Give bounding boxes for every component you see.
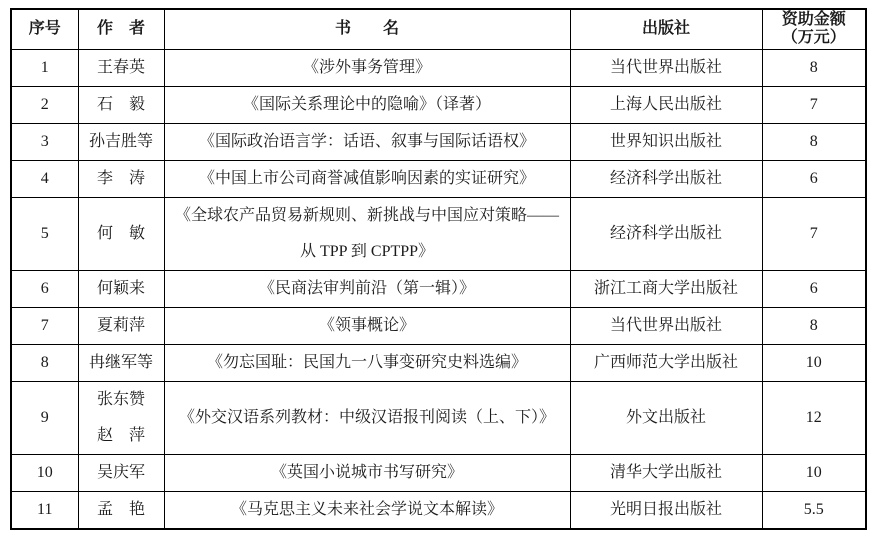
document-page: 序号 作 者 书 名 出版社 资助金额 （万元） 1 王春英 《涉外事务管理》 … [0, 0, 873, 542]
cell-no: 1 [11, 49, 78, 86]
cell-title: 《民商法审判前沿（第一辑）》 [164, 270, 570, 307]
cell-author: 何颖来 [78, 270, 164, 307]
cell-amount: 12 [762, 381, 866, 454]
cell-no: 10 [11, 454, 78, 491]
cell-title: 《中国上市公司商誉减值影响因素的实证研究》 [164, 160, 570, 197]
cell-no: 11 [11, 491, 78, 529]
table-row: 6 何颖来 《民商法审判前沿（第一辑）》 浙江工商大学出版社 6 [11, 270, 866, 307]
cell-title: 《国际关系理论中的隐喻》（译著） [164, 86, 570, 123]
table-row: 5 何 敏 《全球农产品贸易新规则、新挑战与中国应对策略—— 从 TPP 到 C… [11, 197, 866, 270]
cell-author: 王春英 [78, 49, 164, 86]
cell-title: 《马克思主义未来社会学说文本解读》 [164, 491, 570, 529]
cell-no: 3 [11, 123, 78, 160]
cell-author: 孟 艳 [78, 491, 164, 529]
header-no: 序号 [11, 9, 78, 49]
cell-amount: 8 [762, 123, 866, 160]
cell-title: 《领事概论》 [164, 307, 570, 344]
table-row: 8 冉继军等 《勿忘国耻：民国九一八事变研究史料选编》 广西师范大学出版社 10 [11, 344, 866, 381]
cell-title: 《国际政治语言学：话语、叙事与国际话语权》 [164, 123, 570, 160]
cell-amount: 6 [762, 160, 866, 197]
cell-amount: 7 [762, 197, 866, 270]
table-row: 4 李 涛 《中国上市公司商誉减值影响因素的实证研究》 经济科学出版社 6 [11, 160, 866, 197]
cell-publisher: 上海人民出版社 [570, 86, 762, 123]
cell-author: 石 毅 [78, 86, 164, 123]
funding-table-body: 1 王春英 《涉外事务管理》 当代世界出版社 8 2 石 毅 《国际关系理论中的… [11, 49, 866, 529]
cell-amount: 5.5 [762, 491, 866, 529]
cell-title: 《涉外事务管理》 [164, 49, 570, 86]
cell-publisher: 经济科学出版社 [570, 197, 762, 270]
cell-publisher: 当代世界出版社 [570, 49, 762, 86]
cell-title: 《勿忘国耻：民国九一八事变研究史料选编》 [164, 344, 570, 381]
table-row: 10 吴庆军 《英国小说城市书写研究》 清华大学出版社 10 [11, 454, 866, 491]
cell-no: 2 [11, 86, 78, 123]
table-row: 3 孙吉胜等 《国际政治语言学：话语、叙事与国际话语权》 世界知识出版社 8 [11, 123, 866, 160]
cell-amount: 8 [762, 307, 866, 344]
cell-author: 李 涛 [78, 160, 164, 197]
cell-author: 冉继军等 [78, 344, 164, 381]
cell-title: 《外交汉语系列教材：中级汉语报刊阅读（上、下）》 [164, 381, 570, 454]
cell-author: 何 敏 [78, 197, 164, 270]
header-title: 书 名 [164, 9, 570, 49]
cell-title: 《全球农产品贸易新规则、新挑战与中国应对策略—— 从 TPP 到 CPTPP》 [164, 197, 570, 270]
cell-author: 吴庆军 [78, 454, 164, 491]
table-row: 1 王春英 《涉外事务管理》 当代世界出版社 8 [11, 49, 866, 86]
cell-no: 7 [11, 307, 78, 344]
header-amount: 资助金额 （万元） [762, 9, 866, 49]
cell-no: 5 [11, 197, 78, 270]
header-publisher: 出版社 [570, 9, 762, 49]
cell-amount: 10 [762, 344, 866, 381]
cell-no: 6 [11, 270, 78, 307]
cell-publisher: 浙江工商大学出版社 [570, 270, 762, 307]
funding-table-header: 序号 作 者 书 名 出版社 资助金额 （万元） [11, 9, 866, 49]
header-amount-line1: 资助金额 [763, 11, 866, 29]
header-author: 作 者 [78, 9, 164, 49]
cell-publisher: 外文出版社 [570, 381, 762, 454]
cell-author: 张东赞 赵 萍 [78, 381, 164, 454]
cell-amount: 6 [762, 270, 866, 307]
cell-publisher: 当代世界出版社 [570, 307, 762, 344]
cell-no: 8 [11, 344, 78, 381]
header-row: 序号 作 者 书 名 出版社 资助金额 （万元） [11, 9, 866, 49]
funding-table: 序号 作 者 书 名 出版社 资助金额 （万元） 1 王春英 《涉外事务管理》 … [10, 8, 867, 530]
header-amount-line2: （万元） [763, 29, 866, 47]
cell-no: 4 [11, 160, 78, 197]
cell-author: 孙吉胜等 [78, 123, 164, 160]
cell-publisher: 广西师范大学出版社 [570, 344, 762, 381]
cell-publisher: 世界知识出版社 [570, 123, 762, 160]
cell-no: 9 [11, 381, 78, 454]
cell-author: 夏莉萍 [78, 307, 164, 344]
table-row: 7 夏莉萍 《领事概论》 当代世界出版社 8 [11, 307, 866, 344]
cell-publisher: 清华大学出版社 [570, 454, 762, 491]
cell-publisher: 光明日报出版社 [570, 491, 762, 529]
cell-amount: 7 [762, 86, 866, 123]
cell-amount: 8 [762, 49, 866, 86]
cell-amount: 10 [762, 454, 866, 491]
table-row: 9 张东赞 赵 萍 《外交汉语系列教材：中级汉语报刊阅读（上、下）》 外文出版社… [11, 381, 866, 454]
cell-publisher: 经济科学出版社 [570, 160, 762, 197]
cell-title: 《英国小说城市书写研究》 [164, 454, 570, 491]
table-row: 11 孟 艳 《马克思主义未来社会学说文本解读》 光明日报出版社 5.5 [11, 491, 866, 529]
table-row: 2 石 毅 《国际关系理论中的隐喻》（译著） 上海人民出版社 7 [11, 86, 866, 123]
